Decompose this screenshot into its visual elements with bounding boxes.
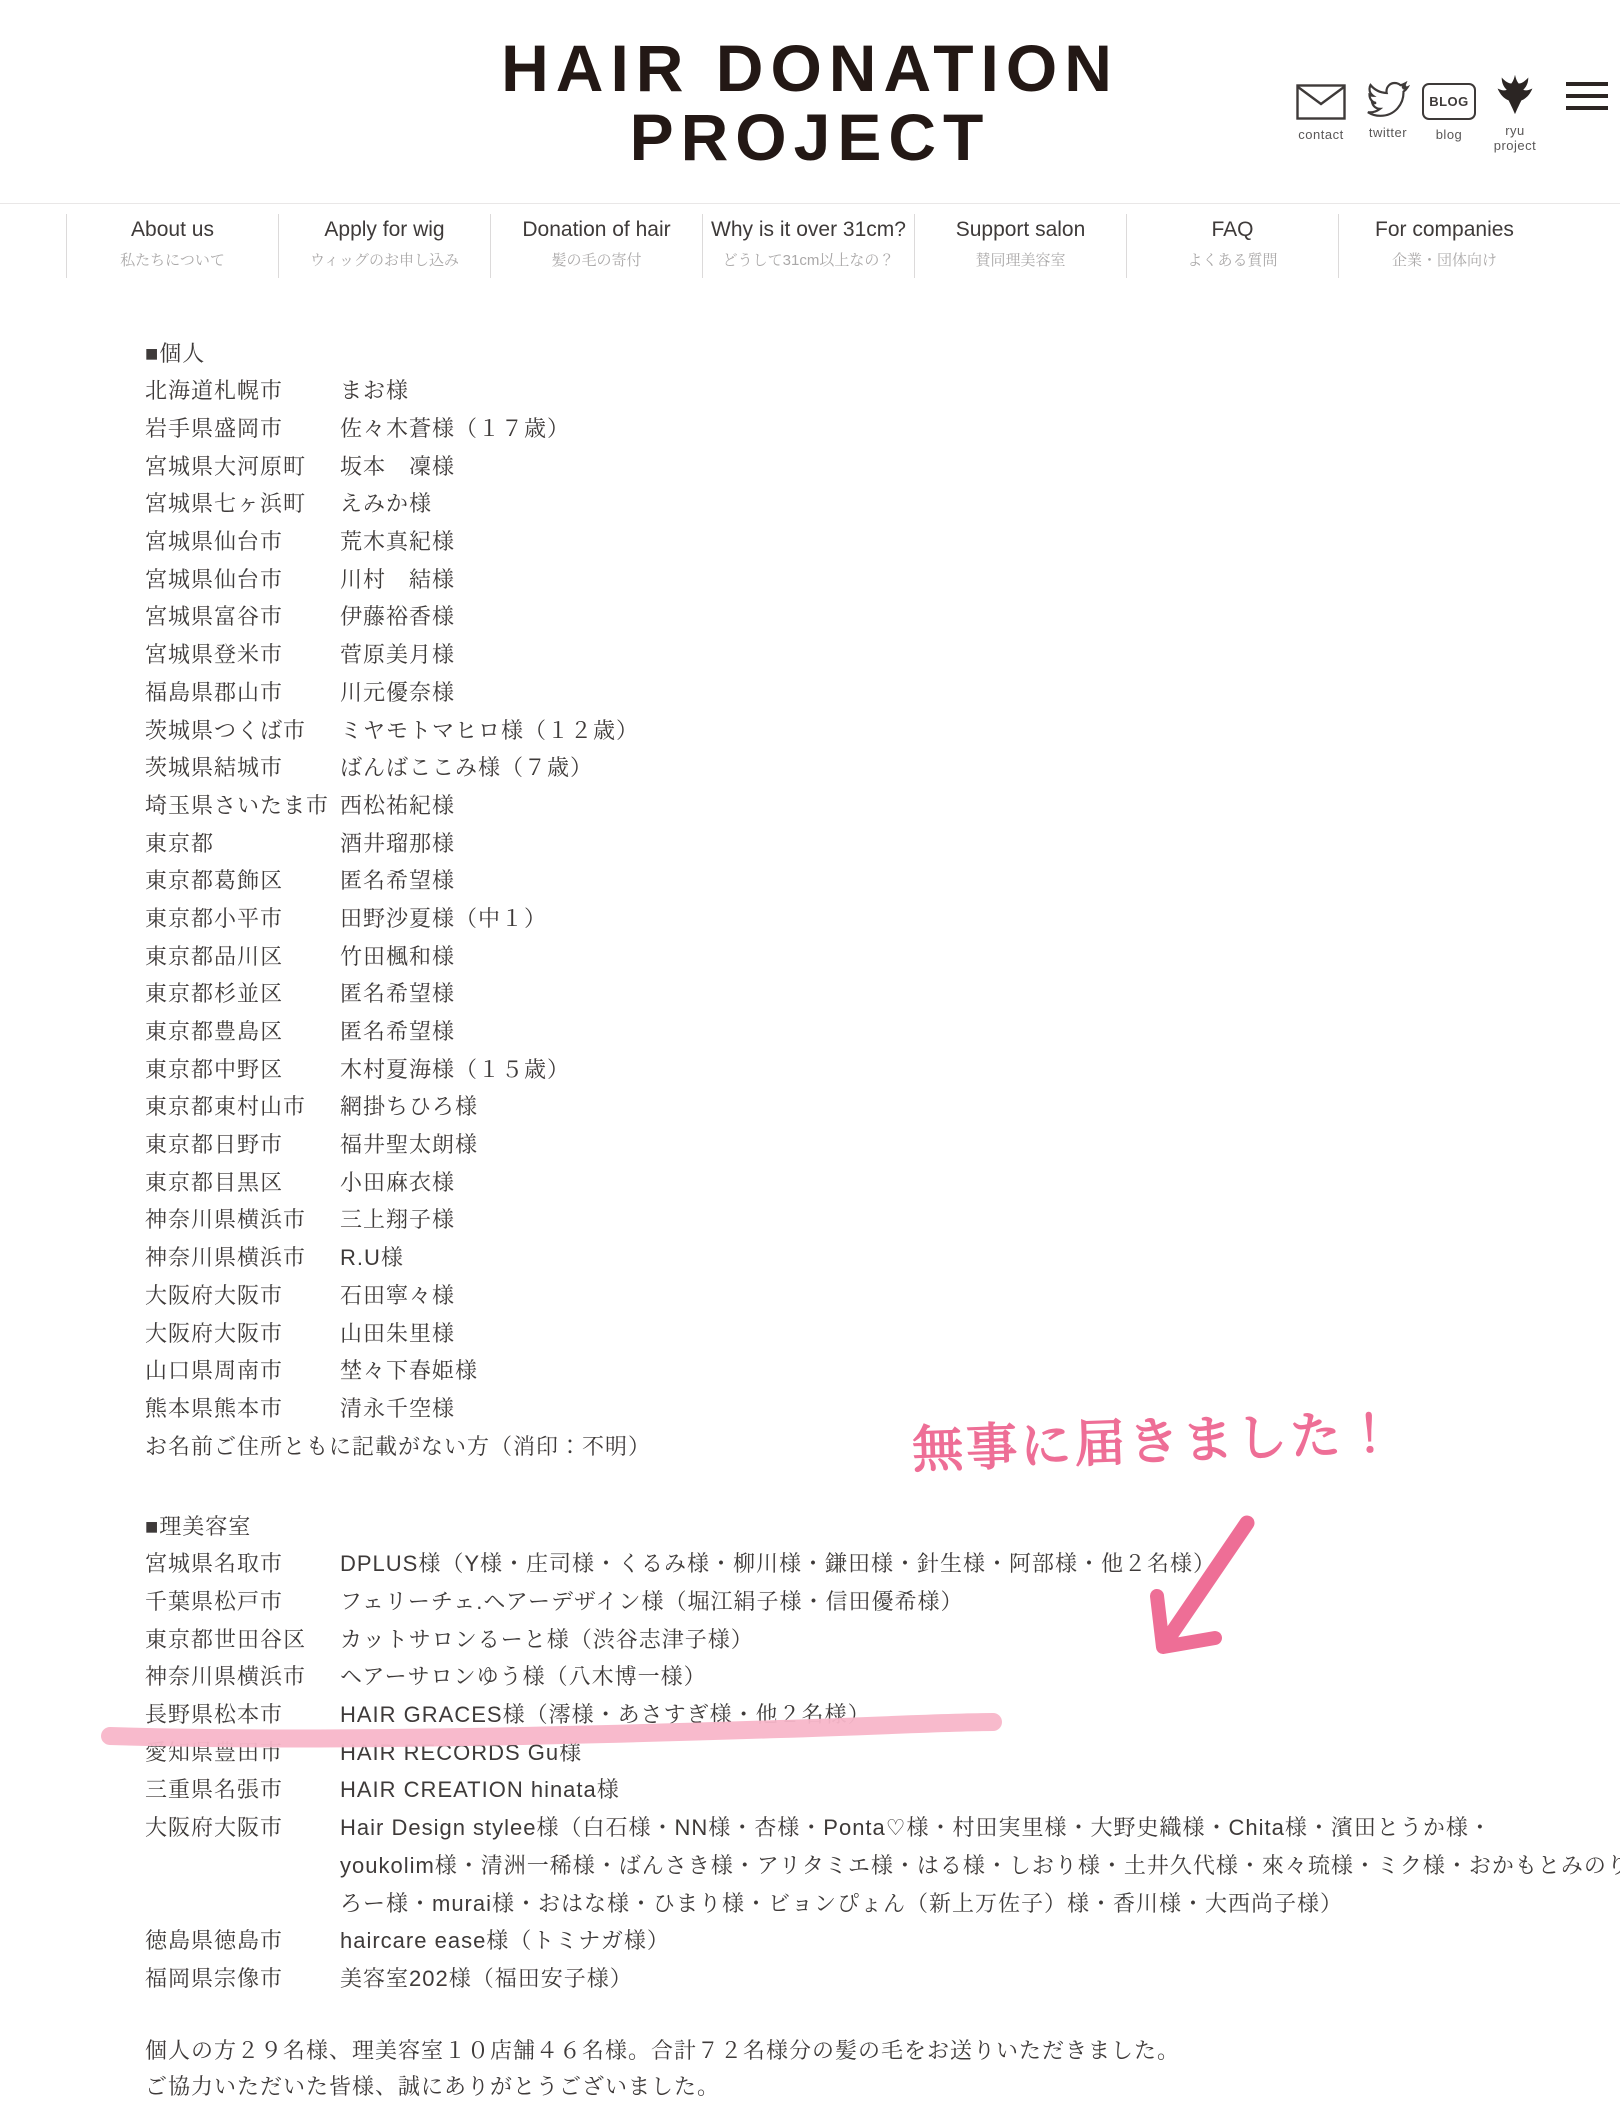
salon-row: 徳島県徳島市 haircare ease様（トミナガ様） bbox=[145, 1921, 1565, 1959]
nav-item-en-label: FAQ bbox=[1127, 218, 1338, 242]
salon-location: 神奈川県横浜市 bbox=[145, 1660, 340, 1691]
donor-name: 佐々木蒼様（１７歳） bbox=[340, 412, 570, 443]
envelope-icon bbox=[1292, 76, 1350, 120]
donor-location: 神奈川県横浜市 bbox=[145, 1203, 340, 1234]
donor-location: 東京都中野区 bbox=[145, 1053, 340, 1084]
donor-row: 宮城県大河原町 坂本 凜様 bbox=[145, 446, 1565, 484]
nav-item-jp-label: 企業・団体向け bbox=[1339, 249, 1550, 270]
donor-location: 埼玉県さいたま市 bbox=[145, 789, 340, 820]
donor-location: 東京都豊島区 bbox=[145, 1015, 340, 1046]
donor-name: 清永千空様 bbox=[340, 1392, 455, 1423]
individuals-heading: ■個人 bbox=[145, 333, 1565, 371]
donor-location: 宮城県仙台市 bbox=[145, 563, 340, 594]
donor-row: 東京都小平市 田野沙夏様（中１） bbox=[145, 899, 1565, 937]
blog-label: blog bbox=[1424, 127, 1474, 142]
donor-name: 川元優奈様 bbox=[340, 676, 455, 707]
nav-item[interactable]: For companies 企業・団体向け bbox=[1338, 214, 1550, 278]
donor-location: 東京都東村山市 bbox=[145, 1090, 340, 1121]
ryu-project-icon bbox=[1482, 72, 1548, 116]
nav-item-jp-label: 髪の毛の寄付 bbox=[491, 249, 702, 270]
donor-name: 川村 結様 bbox=[340, 563, 455, 594]
blog-link[interactable]: BLOG blog bbox=[1424, 76, 1474, 142]
donor-name: 匿名希望様 bbox=[340, 1015, 455, 1046]
nav-item[interactable]: FAQ よくある質問 bbox=[1126, 214, 1338, 278]
donor-name: まお様 bbox=[340, 374, 409, 405]
donor-location: 東京都日野市 bbox=[145, 1128, 340, 1159]
donor-location: 東京都葛飾区 bbox=[145, 864, 340, 895]
donor-row: 宮城県登米市 菅原美月様 bbox=[145, 635, 1565, 673]
donor-name: R.U様 bbox=[340, 1241, 404, 1272]
donor-location: 宮城県大河原町 bbox=[145, 450, 340, 481]
donor-location: 東京都杉並区 bbox=[145, 977, 340, 1008]
donor-name: 福井聖太朗様 bbox=[340, 1128, 478, 1159]
donor-row: 埼玉県さいたま市 西松祐紀様 bbox=[145, 786, 1565, 824]
twitter-link[interactable]: twitter bbox=[1360, 74, 1416, 140]
salon-location: 長野県松本市 bbox=[145, 1698, 340, 1729]
salon-row: ろー様・murai様・おはな様・ひまり様・ビョンぴょん（新上万佐子）様・香川様・… bbox=[145, 1883, 1565, 1921]
donor-name: 埜々下春姫様 bbox=[340, 1354, 478, 1385]
donor-location: 岩手県盛岡市 bbox=[145, 412, 340, 443]
salon-row: 愛知県豊田市 HAIR RECORDS Gu様 bbox=[145, 1732, 1565, 1770]
nav-item-en-label: Why is it over 31cm? bbox=[703, 218, 914, 242]
donor-location: 福島県郡山市 bbox=[145, 676, 340, 707]
donor-location: 東京都 bbox=[145, 827, 340, 858]
donor-row: 東京都日野市 福井聖太朗様 bbox=[145, 1125, 1565, 1163]
donor-name: 石田寧々様 bbox=[340, 1279, 455, 1310]
donor-location: 大阪府大阪市 bbox=[145, 1317, 340, 1348]
donor-row: 東京都中野区 木村夏海様（１５歳） bbox=[145, 1049, 1565, 1087]
summary-line-2: ご協力いただいた皆様、誠にありがとうございました。 bbox=[145, 2069, 1180, 2105]
salon-location: 徳島県徳島市 bbox=[145, 1924, 340, 1955]
nav-item-jp-label: 賛同理美容室 bbox=[915, 249, 1126, 270]
donor-name: 坂本 凜様 bbox=[340, 450, 455, 481]
salon-row: 三重県名張市 HAIR CREATION hinata様 bbox=[145, 1770, 1565, 1808]
donor-name: 三上翔子様 bbox=[340, 1203, 455, 1234]
blog-icon-text: BLOG bbox=[1422, 83, 1476, 120]
salon-row: 大阪府大阪市 Hair Design stylee様（白石様・NN様・杏様・Po… bbox=[145, 1808, 1565, 1846]
donor-location: 茨城県結城市 bbox=[145, 751, 340, 782]
salon-row: youkolim様・清洲一稀様・ばんさき様・アリタミエ様・はる様・しおり様・土井… bbox=[145, 1846, 1565, 1884]
nav-item[interactable]: Donation of hair 髪の毛の寄付 bbox=[490, 214, 702, 278]
donor-name: 西松祐紀様 bbox=[340, 789, 455, 820]
donor-row: 大阪府大阪市 山田朱里様 bbox=[145, 1313, 1565, 1351]
nav-item-en-label: About us bbox=[67, 218, 278, 242]
salon-name: haircare ease様（トミナガ様） bbox=[340, 1924, 670, 1955]
donor-row: 茨城県結城市 ばんばここみ様（７歳） bbox=[145, 748, 1565, 786]
donor-row: 山口県周南市 埜々下春姫様 bbox=[145, 1351, 1565, 1389]
nav-item[interactable]: Support salon 賛同理美容室 bbox=[914, 214, 1126, 278]
nav-item-jp-label: よくある質問 bbox=[1127, 249, 1338, 270]
donor-location: 神奈川県横浜市 bbox=[145, 1241, 340, 1272]
nav-item-en-label: Support salon bbox=[915, 218, 1126, 242]
salon-location: 大阪府大阪市 bbox=[145, 1811, 340, 1842]
donor-row: 茨城県つくば市 ミヤモトマヒロ様（１２歳） bbox=[145, 710, 1565, 748]
nav-item-jp-label: 私たちについて bbox=[67, 249, 278, 270]
twitter-label: twitter bbox=[1360, 125, 1416, 140]
donor-name: えみか様 bbox=[340, 487, 432, 518]
salon-location: 宮城県名取市 bbox=[145, 1547, 340, 1578]
donor-row: 東京都 酒井瑠那様 bbox=[145, 823, 1565, 861]
salon-name: カットサロンるーと様（渋谷志津子様） bbox=[340, 1623, 754, 1654]
salon-row: 長野県松本市 HAIR GRACES様（澪様・あさすぎ様・他２名様） bbox=[145, 1695, 1565, 1733]
donor-location: 大阪府大阪市 bbox=[145, 1279, 340, 1310]
salons-heading: ■理美容室 bbox=[145, 1506, 1565, 1544]
nav-item-en-label: Donation of hair bbox=[491, 218, 702, 242]
nav-item[interactable]: About us 私たちについて bbox=[66, 214, 278, 278]
salon-name: ヘアーサロンゆう様（八木博一様） bbox=[340, 1660, 707, 1691]
donor-location: 茨城県つくば市 bbox=[145, 714, 340, 745]
nav-item-en-label: For companies bbox=[1339, 218, 1550, 242]
donor-name: 酒井瑠那様 bbox=[340, 827, 455, 858]
donor-row: 神奈川県横浜市 三上翔子様 bbox=[145, 1200, 1565, 1238]
salon-name: HAIR GRACES様（澪様・あさすぎ様・他２名様） bbox=[340, 1698, 871, 1729]
salon-location: 東京都世田谷区 bbox=[145, 1623, 340, 1654]
donor-name: ミヤモトマヒロ様（１２歳） bbox=[340, 714, 639, 745]
header-divider bbox=[0, 203, 1620, 204]
donor-name: 伊藤裕香様 bbox=[340, 600, 455, 631]
blog-icon: BLOG bbox=[1424, 76, 1474, 120]
salon-row: 千葉県松戸市 フェリーチェ.ヘアーデザイン様（堀江絹子様・信田優希様） bbox=[145, 1582, 1565, 1620]
donor-location: 宮城県富谷市 bbox=[145, 600, 340, 631]
donor-row: 宮城県仙台市 川村 結様 bbox=[145, 559, 1565, 597]
nav-item-en-label: Apply for wig bbox=[279, 218, 490, 242]
salon-location: 福岡県宗像市 bbox=[145, 1962, 340, 1993]
contact-link[interactable]: contact bbox=[1292, 76, 1350, 142]
ryu-project-label: ryu project bbox=[1482, 123, 1548, 153]
summary-block: 個人の方２９名様、理美容室１０店舗４６名様。合計７２名様分の髪の毛をお送りいただ… bbox=[145, 2033, 1180, 2105]
salon-name: Hair Design stylee様（白石様・NN様・杏様・Ponta♡様・村… bbox=[340, 1811, 1492, 1842]
nav-item[interactable]: Apply for wig ウィッグのお申し込み bbox=[278, 214, 490, 278]
salon-row: 神奈川県横浜市 ヘアーサロンゆう様（八木博一様） bbox=[145, 1657, 1565, 1695]
donor-name: ばんばここみ様（７歳） bbox=[340, 751, 593, 782]
donor-row: 岩手県盛岡市 佐々木蒼様（１７歳） bbox=[145, 409, 1565, 447]
donor-location: 宮城県登米市 bbox=[145, 638, 340, 669]
salons-section: ■理美容室 宮城県名取市 DPLUS様（Y様・庄司様・くるみ様・柳川様・鎌田様・… bbox=[145, 1506, 1565, 1996]
donor-row: 東京都杉並区 匿名希望様 bbox=[145, 974, 1565, 1012]
donor-row: 東京都葛飾区 匿名希望様 bbox=[145, 861, 1565, 899]
salon-row: 宮城県名取市 DPLUS様（Y様・庄司様・くるみ様・柳川様・鎌田様・針生様・阿部… bbox=[145, 1544, 1565, 1582]
hamburger-menu-icon[interactable] bbox=[1566, 82, 1608, 110]
donor-name: 田野沙夏様（中１） bbox=[340, 902, 547, 933]
donor-row: 東京都東村山市 網掛ちひろ様 bbox=[145, 1087, 1565, 1125]
salon-name: フェリーチェ.ヘアーデザイン様（堀江絹子様・信田優希様） bbox=[340, 1585, 964, 1616]
donor-location: 熊本県熊本市 bbox=[145, 1392, 340, 1423]
donor-row: 宮城県七ヶ浜町 えみか様 bbox=[145, 484, 1565, 522]
donor-row: 神奈川県横浜市 R.U様 bbox=[145, 1238, 1565, 1276]
donor-location: 東京都目黒区 bbox=[145, 1166, 340, 1197]
salon-name: DPLUS様（Y様・庄司様・くるみ様・柳川様・鎌田様・針生様・阿部様・他２名様） bbox=[340, 1547, 1216, 1578]
donor-location: 宮城県七ヶ浜町 bbox=[145, 487, 340, 518]
individuals-rows: 北海道札幌市 まお様 岩手県盛岡市 佐々木蒼様（１７歳） 宮城県大河原町 坂本 … bbox=[145, 371, 1565, 1426]
donor-row: 福島県郡山市 川元優奈様 bbox=[145, 673, 1565, 711]
donor-location: 宮城県仙台市 bbox=[145, 525, 340, 556]
main-nav: About us 私たちについて Apply for wig ウィッグのお申し込… bbox=[66, 214, 1550, 278]
contact-label: contact bbox=[1292, 127, 1350, 142]
twitter-icon bbox=[1360, 74, 1416, 118]
donor-name: 匿名希望様 bbox=[340, 864, 455, 895]
salon-name: ろー様・murai様・おはな様・ひまり様・ビョンぴょん（新上万佐子）様・香川様・… bbox=[340, 1887, 1343, 1918]
donor-name: 菅原美月様 bbox=[340, 638, 455, 669]
salon-location: 三重県名張市 bbox=[145, 1773, 340, 1804]
donor-row: 宮城県仙台市 荒木真紀様 bbox=[145, 522, 1565, 560]
salon-location: 愛知県豊田市 bbox=[145, 1736, 340, 1767]
donor-location: 東京都品川区 bbox=[145, 940, 340, 971]
ryu-project-link[interactable]: ryu project bbox=[1482, 72, 1548, 153]
salon-row: 福岡県宗像市 美容室202様（福田安子様） bbox=[145, 1959, 1565, 1997]
donor-location: 山口県周南市 bbox=[145, 1354, 340, 1385]
handwritten-annotation: 無事に届きました！ bbox=[911, 1392, 1399, 1483]
donor-name: 竹田楓和様 bbox=[340, 940, 455, 971]
salon-name: 美容室202様（福田安子様） bbox=[340, 1962, 633, 1993]
donor-location: 北海道札幌市 bbox=[145, 374, 340, 405]
salon-row: 東京都世田谷区 カットサロンるーと様（渋谷志津子様） bbox=[145, 1619, 1565, 1657]
page: HAIR DONATION PROJECT contact twitter BL… bbox=[0, 0, 1620, 2119]
salon-name: youkolim様・清洲一稀様・ばんさき様・アリタミエ様・はる様・しおり様・土井… bbox=[340, 1849, 1620, 1880]
donor-name: 荒木真紀様 bbox=[340, 525, 455, 556]
salon-name: HAIR RECORDS Gu様 bbox=[340, 1736, 582, 1767]
donor-name: 木村夏海様（１５歳） bbox=[340, 1053, 570, 1084]
donor-name: 匿名希望様 bbox=[340, 977, 455, 1008]
donor-row: 東京都品川区 竹田楓和様 bbox=[145, 936, 1565, 974]
salons-rows: 宮城県名取市 DPLUS様（Y様・庄司様・くるみ様・柳川様・鎌田様・針生様・阿部… bbox=[145, 1544, 1565, 1996]
nav-item-jp-label: ウィッグのお申し込み bbox=[279, 249, 490, 270]
donor-row: 宮城県富谷市 伊藤裕香様 bbox=[145, 597, 1565, 635]
donor-name: 網掛ちひろ様 bbox=[340, 1090, 478, 1121]
donor-name: 小田麻衣様 bbox=[340, 1166, 455, 1197]
donor-row: 大阪府大阪市 石田寧々様 bbox=[145, 1276, 1565, 1314]
nav-item[interactable]: Why is it over 31cm? どうして31cm以上なの？ bbox=[702, 214, 914, 278]
salon-location: 千葉県松戸市 bbox=[145, 1585, 340, 1616]
donor-row: 東京都目黒区 小田麻衣様 bbox=[145, 1162, 1565, 1200]
individuals-section: ■個人 北海道札幌市 まお様 岩手県盛岡市 佐々木蒼様（１７歳） 宮城県大河原町… bbox=[145, 333, 1565, 1464]
nav-item-jp-label: どうして31cm以上なの？ bbox=[703, 249, 914, 270]
donor-row: 北海道札幌市 まお様 bbox=[145, 371, 1565, 409]
donor-row: 東京都豊島区 匿名希望様 bbox=[145, 1012, 1565, 1050]
donor-name: 山田朱里様 bbox=[340, 1317, 455, 1348]
donor-location: 東京都小平市 bbox=[145, 902, 340, 933]
summary-line-1: 個人の方２９名様、理美容室１０店舗４６名様。合計７２名様分の髪の毛をお送りいただ… bbox=[145, 2033, 1180, 2069]
salon-name: HAIR CREATION hinata様 bbox=[340, 1773, 620, 1804]
